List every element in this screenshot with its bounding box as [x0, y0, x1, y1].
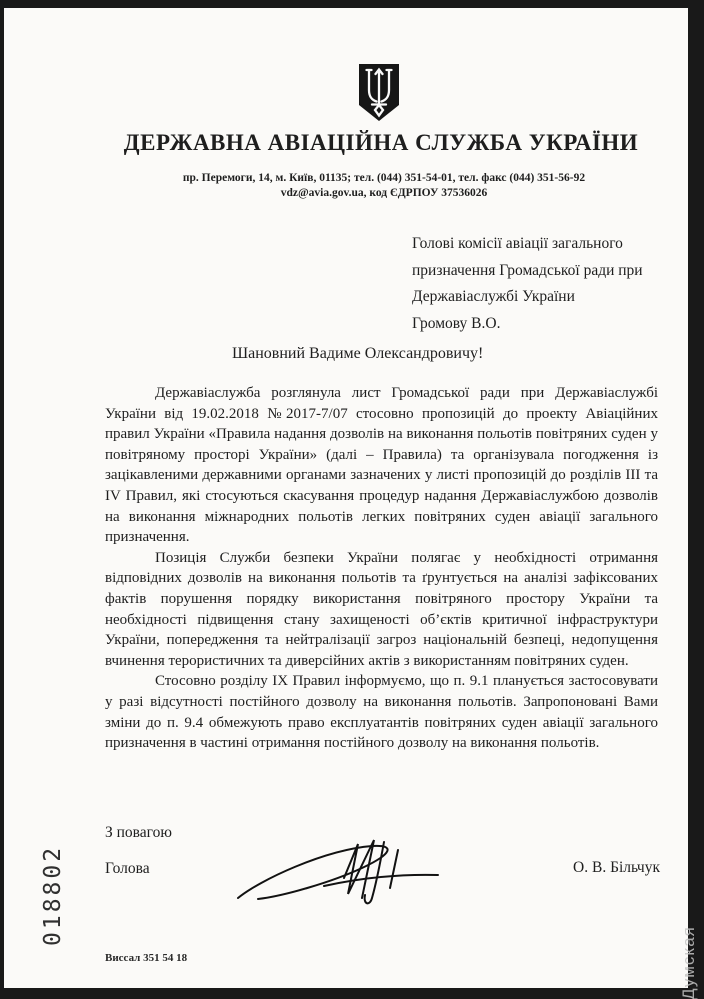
signer-position: Голова	[105, 860, 150, 878]
organization-address: пр. Перемоги, 14, м. Київ, 01135; тел. (…	[104, 171, 664, 201]
body-paragraph-2: Позиція Служби безпеки України полягає у…	[105, 548, 658, 672]
recipient-line: призначення Громадської ради при	[412, 258, 674, 285]
address-line-2: vdz@avia.gov.ua, код ЄДРПОУ 37536026	[104, 186, 664, 201]
salutation: Шановний Вадиме Олександровичу!	[232, 345, 483, 363]
body-paragraph-3: Стосовно розділу IX Правил інформуємо, щ…	[105, 671, 658, 753]
recipient-line: Громову В.О.	[412, 311, 674, 338]
registration-stamp-number: 018802	[40, 844, 66, 946]
executor-phone-note: Виссал 351 54 18	[105, 952, 187, 964]
organization-title: ДЕРЖАВНА АВІАЦІЙНА СЛУЖБА УКРАЇНИ	[101, 130, 661, 156]
signer-name: О. В. Більчук	[460, 859, 660, 877]
letter-page: ДЕРЖАВНА АВІАЦІЙНА СЛУЖБА УКРАЇНИ пр. Пе…	[4, 8, 688, 988]
handwritten-signature	[232, 836, 444, 916]
recipient-block: Голові комісії авіації загального призна…	[412, 231, 674, 337]
site-watermark: Думская	[679, 884, 699, 999]
recipient-line: Державіаслужбі України	[412, 284, 674, 311]
closing-phrase: З повагою	[105, 824, 172, 842]
address-line-1: пр. Перемоги, 14, м. Київ, 01135; тел. (…	[104, 171, 664, 186]
body-paragraph-1: Державіаслужба розглянула лист Громадськ…	[105, 383, 658, 548]
scanned-letter-image: { "header": { "title": "ДЕРЖАВНА АВІАЦІЙ…	[0, 0, 704, 999]
letter-body: Державіаслужба розглянула лист Громадськ…	[105, 383, 658, 754]
tryzub-emblem-icon	[358, 64, 400, 122]
recipient-line: Голові комісії авіації загального	[412, 231, 674, 258]
